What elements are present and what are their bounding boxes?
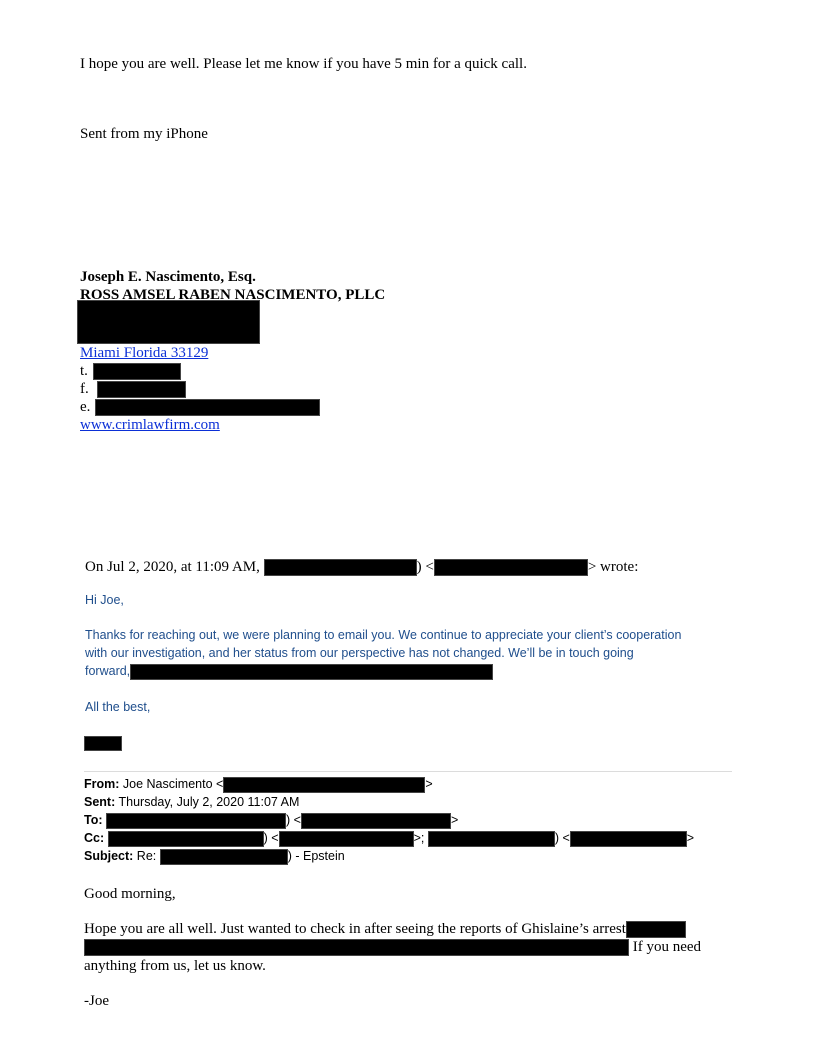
reply-body-forward: forward,	[85, 664, 130, 678]
quoted-reply-header: On Jul 2, 2020, at 11:09 AM, ) <> wrote:	[85, 558, 638, 576]
from-value: Joe Nascimento <	[123, 777, 223, 791]
redaction-email	[95, 399, 320, 416]
original-greeting: Good morning,	[84, 885, 176, 903]
reply-header-mid: ) <	[417, 559, 434, 575]
subject-prefix: Re:	[137, 849, 156, 863]
cc-mid2: ) <	[555, 831, 570, 845]
redaction-sender-name	[264, 559, 417, 576]
to-label: To:	[84, 813, 103, 827]
cc-close: >	[687, 831, 694, 845]
email-separator	[84, 771, 732, 772]
redaction-cc-email1	[279, 831, 414, 847]
redaction-sender-email	[434, 559, 588, 576]
phone-row: t.	[80, 362, 181, 380]
sent-value: Thursday, July 2, 2020 11:07 AM	[119, 795, 300, 809]
redaction-fax	[97, 381, 186, 398]
original-body-tail: If you need	[633, 939, 701, 955]
header-subject: Subject: Re: ) - Epstein	[84, 847, 345, 865]
from-label: From:	[84, 777, 119, 791]
email-label: e.	[80, 399, 90, 415]
signature-name: Joseph E. Nascimento, Esq.	[80, 268, 256, 286]
original-body-line2: If you need	[84, 938, 701, 956]
to-close: >	[451, 813, 458, 827]
redaction-reply-body	[130, 664, 493, 680]
subject-label: Subject:	[84, 849, 133, 863]
from-close: >	[425, 777, 432, 791]
redaction-address	[77, 300, 260, 344]
redaction-subject	[160, 849, 288, 865]
sent-from-line: Sent from my iPhone	[80, 125, 208, 143]
redaction-reply-signature	[84, 736, 122, 751]
to-mid: ) <	[286, 813, 301, 827]
reply-header-prefix: On Jul 2, 2020, at 11:09 AM,	[85, 559, 260, 575]
original-body-text1: Hope you are all well. Just wanted to ch…	[84, 921, 626, 937]
fax-row: f.	[80, 380, 186, 398]
header-cc: Cc: ) <>; ) <>	[84, 829, 694, 847]
website-link[interactable]: www.crimlawfirm.com	[80, 416, 220, 434]
redaction-cc-name2	[428, 831, 555, 847]
redaction-cc-name1	[108, 831, 264, 847]
original-signoff: -Joe	[84, 992, 109, 1010]
phone-label: t.	[80, 363, 88, 379]
cc-mid1: ) <	[264, 831, 279, 845]
header-to: To: ) <>	[84, 811, 458, 829]
reply-closing: All the best,	[85, 698, 150, 716]
redaction-to-name	[106, 813, 286, 829]
address-link[interactable]: Miami Florida 33129	[80, 344, 208, 362]
header-sent: Sent: Thursday, July 2, 2020 11:07 AM	[84, 793, 299, 811]
cc-label: Cc:	[84, 831, 104, 845]
original-body-line1: Hope you are all well. Just wanted to ch…	[84, 920, 686, 938]
message-line: I hope you are well. Please let me know …	[80, 55, 527, 73]
reply-greeting: Hi Joe,	[85, 591, 124, 609]
reply-body-line3: forward,	[85, 662, 493, 680]
redaction-to-email	[301, 813, 451, 829]
original-body-line3: anything from us, let us know.	[84, 957, 266, 975]
cc-sep: >;	[414, 831, 425, 845]
reply-body-line2: with our investigation, and her status f…	[85, 644, 634, 662]
email-row: e.	[80, 398, 320, 416]
fax-label: f.	[80, 381, 89, 397]
redaction-phone	[93, 363, 181, 380]
redaction-from-email	[223, 777, 425, 793]
reply-header-suffix: > wrote:	[588, 559, 639, 575]
reply-body-line1: Thanks for reaching out, we were plannin…	[85, 626, 681, 644]
header-from: From: Joe Nascimento <>	[84, 775, 433, 793]
sent-label: Sent:	[84, 795, 115, 809]
redaction-body-1	[626, 921, 686, 938]
redaction-body-2	[84, 939, 629, 956]
subject-suffix: ) - Epstein	[288, 849, 345, 863]
redaction-cc-email2	[570, 831, 687, 847]
